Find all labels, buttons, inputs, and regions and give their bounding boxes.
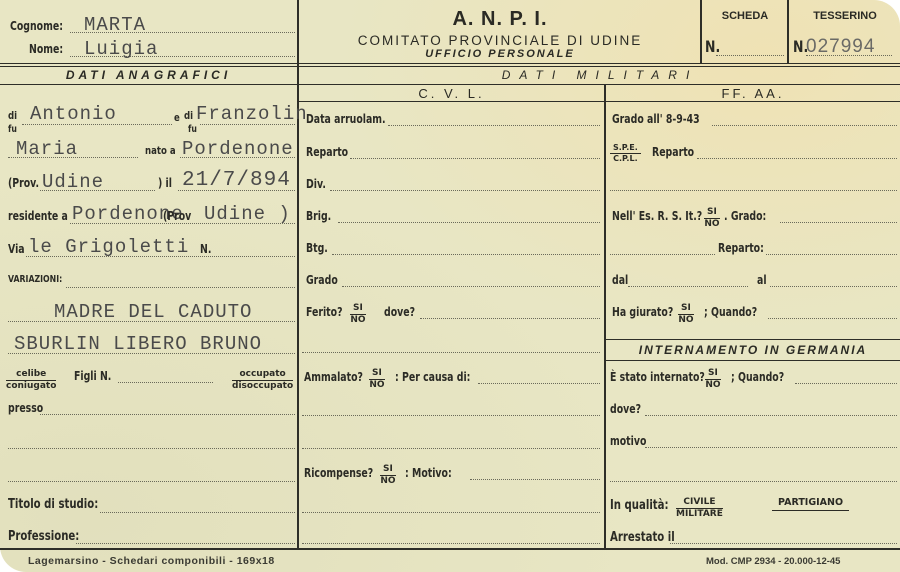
residente-label: residente a — [8, 209, 68, 223]
sub-section-rule — [297, 101, 900, 102]
e-label: e — [174, 111, 180, 124]
header-rule-top — [0, 63, 900, 64]
prov-label: (Prov. — [8, 176, 39, 190]
al-label: al — [757, 273, 767, 287]
per-causa-line — [478, 383, 600, 384]
blank-line-2 — [8, 481, 295, 482]
coniugato-label: coniugato — [6, 381, 56, 391]
intern-dove-label: dove? — [610, 402, 641, 416]
divider-tesserino — [787, 0, 789, 63]
partigiano-label: PARTIGIANO — [778, 497, 843, 508]
fu-label: fu — [8, 124, 17, 135]
father-value: Antonio — [30, 103, 117, 125]
reparto2-pre-line — [610, 254, 715, 255]
cvl-blank-line-5 — [302, 543, 600, 544]
cvl-title: C. V. L. — [299, 86, 604, 101]
ffaa-reparto-line — [697, 158, 897, 159]
ricompense-si-no[interactable]: SI NO — [380, 464, 396, 487]
il-label: ) il — [158, 176, 172, 190]
intern-blank-line — [610, 481, 897, 482]
grado-label: Grado — [306, 273, 338, 287]
btg-line — [332, 254, 600, 255]
marital-status-fraction: celibe coniugato — [6, 369, 56, 392]
disoccupato-label: disoccupato — [232, 381, 293, 391]
dati-anagrafici-title: DATI ANAGRAFICI — [0, 68, 297, 82]
spe-option[interactable]: S.P.E. — [610, 143, 641, 154]
reparto-line — [350, 158, 600, 159]
internamento-title: INTERNAMENTO IN GERMANIA — [606, 343, 900, 357]
ammalato-label: Ammalato? — [304, 370, 363, 384]
si-option[interactable]: SI — [704, 207, 720, 219]
figli-line — [118, 382, 213, 383]
header-rule-bottom — [0, 66, 900, 67]
arrestato-label: Arrestato il — [610, 530, 675, 545]
qualita-label: In qualità: — [610, 498, 669, 513]
arrestato-line — [670, 543, 897, 544]
cvl-blank-line-1 — [302, 352, 600, 353]
presso-label: presso — [8, 401, 43, 415]
divider-scheda — [700, 0, 702, 63]
divider-left-right — [297, 0, 299, 548]
no-option[interactable]: NO — [704, 219, 719, 229]
titolo-studio-line — [100, 512, 295, 513]
internato-label: È stato internato? — [610, 370, 705, 384]
via-label: Via — [8, 242, 25, 256]
professione-line — [76, 543, 295, 544]
civile-militare-fraction[interactable]: CIVILE MILITARE — [676, 497, 723, 520]
cvl-blank-line-3 — [302, 448, 600, 449]
nome-value: Luigia — [84, 38, 158, 60]
ffaa-reparto-label: Reparto — [652, 145, 694, 159]
militare-option[interactable]: MILITARE — [676, 509, 723, 519]
variazioni-label: VARIAZIONI: — [8, 274, 62, 285]
motivo-line — [470, 479, 600, 480]
mother-surname-value: Franzolin — [196, 103, 308, 125]
partigiano-option[interactable]: PARTIGIANO — [772, 497, 849, 511]
no-option[interactable]: NO — [369, 380, 384, 390]
dove-label: dove? — [384, 305, 415, 319]
brig-label: Brig. — [306, 209, 331, 223]
reparto2-label: Reparto: — [718, 241, 764, 255]
si-option[interactable]: SI — [350, 303, 366, 315]
ferito-label: Ferito? — [306, 305, 343, 319]
dove-line — [420, 318, 600, 319]
si-option[interactable]: SI — [705, 368, 721, 380]
variazioni-line-0 — [66, 287, 295, 288]
titolo-studio-label: Titolo di studio: — [8, 497, 98, 512]
footer-left: Lagemarsino - Schedari componibili - 169… — [28, 555, 275, 567]
div-label: Div. — [306, 177, 326, 191]
internato-quando-line — [795, 383, 897, 384]
footer-rule — [0, 548, 900, 550]
reparto2-line — [766, 254, 897, 255]
spe-cpl-fraction[interactable]: S.P.E. C.P.L. — [610, 143, 641, 164]
no-option[interactable]: NO — [380, 476, 395, 486]
grado-8943-line — [712, 125, 897, 126]
tesserino-value: 027994 — [806, 36, 875, 58]
mother-name-value: Maria — [16, 138, 78, 160]
intern-motivo-label: motivo — [610, 434, 646, 448]
data-arruolam-label: Data arruolam. — [306, 112, 386, 126]
tesserino-label: TESSERINO — [790, 10, 900, 22]
si-option[interactable]: SI — [380, 464, 396, 476]
org-office: UFFICIO PERSONALE — [300, 48, 700, 60]
scheda-n-label: N. — [705, 37, 720, 56]
cpl-option[interactable]: C.P.L. — [613, 154, 637, 163]
reparto-label: Reparto — [306, 145, 348, 159]
internato-quando-label: ; Quando? — [731, 370, 784, 384]
grado2-line — [780, 222, 897, 223]
scheda-label: SCHEDA — [703, 10, 787, 22]
no-option[interactable]: NO — [350, 315, 365, 325]
nell-es-si-no[interactable]: SI NO — [704, 207, 720, 230]
dati-militari-title: DATI MILITARI — [300, 68, 900, 82]
dal-label: dal — [612, 273, 628, 287]
birthplace-value: Pordenone — [182, 138, 294, 160]
btg-label: Btg. — [306, 241, 328, 255]
prov-value: Udine — [42, 171, 104, 193]
intern-dove-line — [645, 415, 897, 416]
data-arruolam-line — [388, 125, 600, 126]
si-option[interactable]: SI — [369, 368, 385, 380]
grado2-label: . Grado: — [724, 209, 766, 223]
no-option[interactable]: NO — [705, 380, 720, 390]
mother-fu-label: fu — [188, 124, 197, 135]
internato-si-no[interactable]: SI NO — [705, 368, 721, 391]
brig-line — [338, 222, 600, 223]
internamento-rule-bottom — [604, 360, 900, 361]
presso-line — [40, 414, 295, 415]
ffaa-title: FF. AA. — [606, 86, 900, 101]
civile-option[interactable]: CIVILE — [676, 497, 723, 509]
employment-fraction: occupato disoccupato — [232, 369, 293, 392]
si-option[interactable]: SI — [678, 303, 694, 315]
per-causa-label: : Per causa di: — [395, 370, 470, 384]
residence-prov-label: (Prov — [163, 209, 191, 223]
giurato-quando-line — [768, 318, 897, 319]
via-value: le Grigoletti — [28, 236, 189, 258]
ricompense-label: Ricompense? — [304, 466, 373, 480]
residence-prov-value: Udine ) — [204, 203, 291, 225]
nome-label: Nome: — [29, 42, 63, 56]
giurato-label: Ha giurato? — [612, 305, 673, 319]
nato-label: nato a — [145, 144, 176, 157]
celibe-label: celibe — [6, 369, 56, 381]
di-label: di — [8, 109, 17, 122]
no-option[interactable]: NO — [678, 315, 693, 325]
grado-8943-label: Grado all' 8-9-43 — [612, 112, 700, 126]
footer-right: Mod. CMP 2934 - 20.000-12-45 — [706, 556, 840, 567]
giurato-quando-label: ; Quando? — [704, 305, 757, 319]
occupato-label: occupato — [232, 369, 293, 381]
ffaa-blank-line-1 — [610, 190, 897, 191]
professione-label: Professione: — [8, 529, 79, 544]
grado-line — [342, 286, 600, 287]
cvl-blank-line-4 — [302, 512, 600, 513]
org-title: A. N. P. I. — [300, 8, 700, 31]
intern-motivo-line — [645, 447, 897, 448]
cvl-blank-line-2 — [302, 415, 600, 416]
birthdate-value: 21/7/894 — [182, 169, 291, 192]
div-line — [330, 190, 600, 191]
blank-line-1 — [8, 448, 295, 449]
mother-di-label: di — [184, 109, 193, 122]
figli-label: Figli N. — [74, 369, 111, 383]
dal-line — [628, 286, 748, 287]
variazioni-line-1-value: MADRE DEL CADUTO — [54, 301, 252, 323]
scheda-number-field[interactable] — [716, 55, 784, 56]
motivo-label: : Motivo: — [405, 466, 452, 480]
ammalato-si-no[interactable]: SI NO — [369, 368, 385, 391]
giurato-si-no[interactable]: SI NO — [678, 303, 694, 326]
al-line — [770, 286, 897, 287]
ferito-si-no[interactable]: SI NO — [350, 303, 366, 326]
section-rule — [0, 84, 900, 85]
internamento-rule-top — [604, 339, 900, 340]
variazioni-line-2-value: SBURLIN LIBERO BRUNO — [14, 333, 262, 355]
cognome-label: Cognome: — [10, 19, 63, 33]
cognome-value: MARTA — [84, 14, 146, 36]
divider-cvl-ffaa — [604, 84, 606, 548]
anpi-personnel-card: Cognome: MARTA Nome: Luigia A. N. P. I. … — [0, 0, 900, 572]
nell-es-label: Nell' Es. R. S. It.? — [612, 209, 702, 223]
via-n-label: N. — [200, 242, 211, 256]
org-subtitle: COMITATO PROVINCIALE DI UDINE — [300, 33, 700, 48]
